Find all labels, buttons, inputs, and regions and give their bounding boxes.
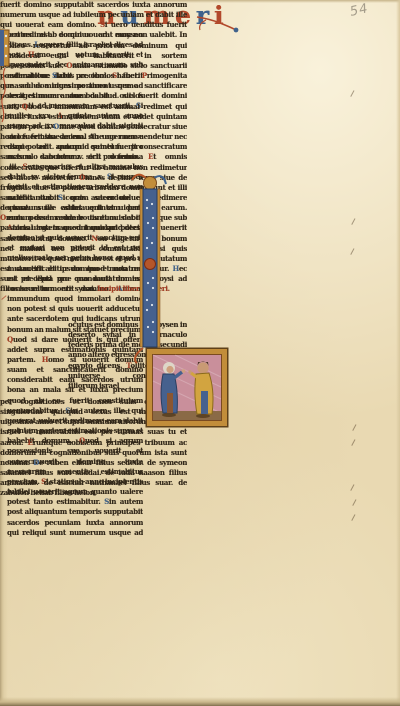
margin-penwork-flourish xyxy=(2,68,5,122)
initial-bottom-tendril xyxy=(135,348,143,363)
header-swash-flourish xyxy=(196,16,242,38)
folio-number: 54 xyxy=(349,1,370,20)
margin-mark xyxy=(350,90,354,97)
margin-mark xyxy=(350,248,354,255)
initial-miniature xyxy=(145,347,229,428)
page-edge-bottom xyxy=(0,697,400,706)
margin-mark xyxy=(351,514,355,521)
illuminated-initial-L xyxy=(131,170,171,364)
margin-mark xyxy=(350,484,354,491)
margin-mark xyxy=(352,499,356,506)
miniature-spacer xyxy=(0,320,68,397)
margin-mark xyxy=(352,424,356,431)
initial-orange-knot-mid xyxy=(145,259,156,270)
margin-mark xyxy=(351,439,355,446)
page-edge-right xyxy=(396,0,400,706)
initial-gold-knot-top xyxy=(144,177,157,190)
text-segment: iclus .xx. obolos habet. xyxy=(57,71,142,80)
manuscript-page: numeri 54 ocutus est dominus ad moysen d… xyxy=(0,0,400,706)
margin-mark xyxy=(351,218,355,225)
left-margin-initial xyxy=(0,26,14,126)
